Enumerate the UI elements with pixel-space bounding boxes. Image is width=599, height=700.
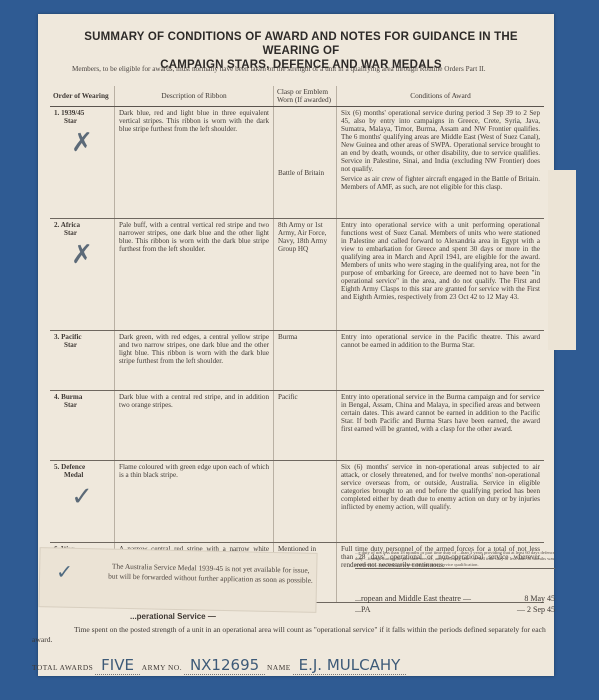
operational-service-heading: ...perational Service — <box>130 612 216 621</box>
clasp-cell: Burma <box>274 331 337 391</box>
award-name: Star <box>54 341 110 349</box>
table-row: 5. DefenceMedal✓Flame coloured with gree… <box>50 461 544 543</box>
pasted-slip: ✓ The Australia Service Medal 1939-45 is… <box>38 547 317 613</box>
clasp-cell: Battle of Britain <box>274 107 337 219</box>
cross-mark-icon: ✗ <box>54 139 110 147</box>
theatre-row: ...PA— 2 Sep 45 <box>355 604 555 615</box>
order-number: 2. Africa <box>54 221 110 229</box>
total-awards-value: FIVE <box>95 656 140 675</box>
ribbon-description: Flame coloured with green edge upon each… <box>115 461 274 543</box>
header-conditions: Conditions of Award <box>337 86 545 107</box>
theatre-dates: ...ropean and Middle East theatre —8 May… <box>355 593 555 615</box>
torn-paper-edge <box>548 170 576 350</box>
table-row: 4. BurmaStarDark blue with a central red… <box>50 391 544 461</box>
conditions-cell: Entry into operational service with a un… <box>337 219 545 331</box>
theatre-date: 8 May 45 <box>524 593 555 604</box>
table-row: 2. AfricaStar✗Pale buff, with a central … <box>50 219 544 331</box>
conditions-text: Entry into operational service in the Pa… <box>341 333 540 349</box>
theatre-row: ...ropean and Middle East theatre —8 May… <box>355 593 555 604</box>
ribbon-description: Dark green, with red edges, a central ye… <box>115 331 274 391</box>
name-label: NAME <box>267 663 291 672</box>
conditions-text: Six (6) months' service in non-operation… <box>341 463 540 511</box>
ribbon-description: Dark blue with a central red stripe, and… <box>115 391 274 461</box>
army-no-value: NX12695 <box>184 656 265 675</box>
clasp-cell: 8th Army or 1st Army, Air Force, Navy, 1… <box>274 219 337 331</box>
check-mark-icon: ✓ <box>56 566 73 576</box>
clasp-cell <box>274 461 337 543</box>
table-row: 3. PacificStarDark green, with red edges… <box>50 331 544 391</box>
theatre-label: ...ropean and Middle East theatre — <box>355 593 471 604</box>
conditions-cell: Entry into operational service in the Bu… <box>337 391 545 461</box>
check-mark-icon: ✓ <box>54 493 110 501</box>
awards-table: Order of Wearing Description of Ribbon C… <box>50 86 544 603</box>
clasp-cell: Pacific <box>274 391 337 461</box>
clasp-conditions-text: Service as air crew of fighter aircraft … <box>341 175 540 191</box>
ribbon-description: Pale buff, with a central vertical red s… <box>115 219 274 331</box>
theatre-label: ...PA <box>355 604 371 615</box>
table-row: 1. 1939/45Star✗Dark blue, red and light … <box>50 107 544 219</box>
part-time-note: ...e duty of not less than 18 months or … <box>355 550 555 569</box>
award-name: Medal <box>54 471 110 479</box>
total-awards-label: TOTAL AWARDS <box>32 663 93 672</box>
totals-line: TOTAL AWARDS FIVE ARMY NO. NX12695 NAME … <box>32 656 572 674</box>
conditions-cell: Six (6) months' operational service duri… <box>337 107 545 219</box>
conditions-cell: Entry into operational service in the Pa… <box>337 331 545 391</box>
conditions-text: Entry into operational service in the Bu… <box>341 393 540 433</box>
award-name: Star <box>54 229 110 237</box>
name-value: E.J. MULCAHY <box>293 656 407 675</box>
order-cell: 4. BurmaStar <box>50 391 115 461</box>
order-number: 3. Pacific <box>54 333 110 341</box>
order-cell: 5. DefenceMedal✓ <box>50 461 115 543</box>
conditions-text: Entry into operational service with a un… <box>341 221 540 301</box>
order-number: 4. Burma <box>54 393 110 401</box>
order-number: 1. 1939/45 <box>54 109 110 117</box>
order-cell: 3. PacificStar <box>50 331 115 391</box>
ribbon-description: Dark blue, red and light blue in three e… <box>115 107 274 219</box>
award-name: Star <box>54 117 110 125</box>
header-order: Order of Wearing <box>50 86 115 107</box>
conditions-text: Six (6) months' operational service duri… <box>341 109 540 173</box>
order-cell: 1. 1939/45Star✗ <box>50 107 115 219</box>
header-clasp: Clasp or Emblem Worn (If awarded) <box>274 86 337 107</box>
cross-mark-icon: ✗ <box>54 251 110 259</box>
table-header-row: Order of Wearing Description of Ribbon C… <box>50 86 544 107</box>
clasp-text: Battle of Britain <box>278 169 332 177</box>
slip-text: The Australia Service Medal 1939-45 is n… <box>108 562 313 586</box>
title-line-1: SUMMARY OF CONDITIONS OF AWARD AND NOTES… <box>56 30 546 58</box>
clasp-text: 8th Army or 1st Army, Air Force, Navy, 1… <box>278 221 327 253</box>
order-number: 5. Defence <box>54 463 110 471</box>
order-cell: 2. AfricaStar✗ <box>50 219 115 331</box>
army-no-label: ARMY NO. <box>142 663 182 672</box>
clasp-text: Pacific <box>278 393 298 401</box>
operational-service-text: Time spent on the posted strength of a u… <box>32 625 562 645</box>
conditions-cell: Six (6) months' service in non-operation… <box>337 461 545 543</box>
header-description: Description of Ribbon <box>115 86 274 107</box>
award-name: Star <box>54 401 110 409</box>
theatre-date: — 2 Sep 45 <box>517 604 555 615</box>
clasp-text: Burma <box>278 333 297 341</box>
intro-text: Members, to be eligible for awards, must… <box>72 65 512 74</box>
